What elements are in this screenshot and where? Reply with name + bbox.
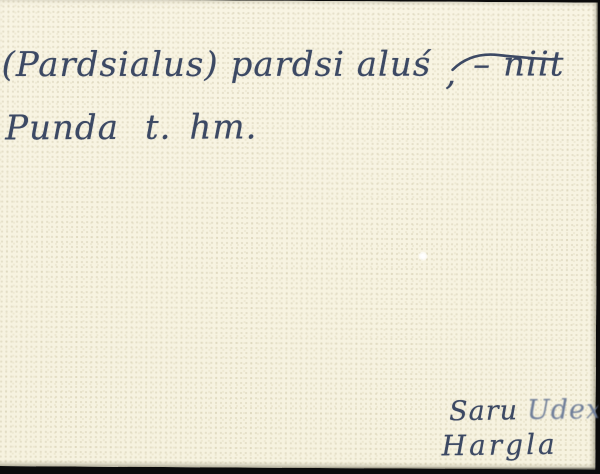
t-bar-flourish-stroke xyxy=(451,48,556,75)
handwriting-line-2: Pundat.hm. xyxy=(5,107,257,148)
headword-parenthetical: (Pardsialus) xyxy=(2,45,219,85)
scan-edge-right xyxy=(596,0,600,474)
paper-speck xyxy=(418,252,427,261)
village-line: SaruUdex xyxy=(441,393,600,429)
village-name: Saru xyxy=(449,395,518,427)
abbreviation-t: t. xyxy=(145,108,172,148)
footer-block: SaruUdex Hargla xyxy=(441,393,600,463)
dialect-phrase: pardsi aluś xyxy=(231,45,432,85)
scan-edge-bottom xyxy=(0,467,600,474)
smudged-name: Udex xyxy=(527,394,600,426)
scan-background: (Pardsialus)pardsi aluś,–niit Pundat.hm.… xyxy=(0,0,600,474)
index-card: (Pardsialus)pardsi aluś,–niit Pundat.hm.… xyxy=(0,0,598,470)
farm-name: Punda xyxy=(5,108,119,148)
abbreviation-hm: hm. xyxy=(189,107,257,147)
parish-line: Hargla xyxy=(441,427,600,463)
parish-name: Hargla xyxy=(441,428,558,463)
